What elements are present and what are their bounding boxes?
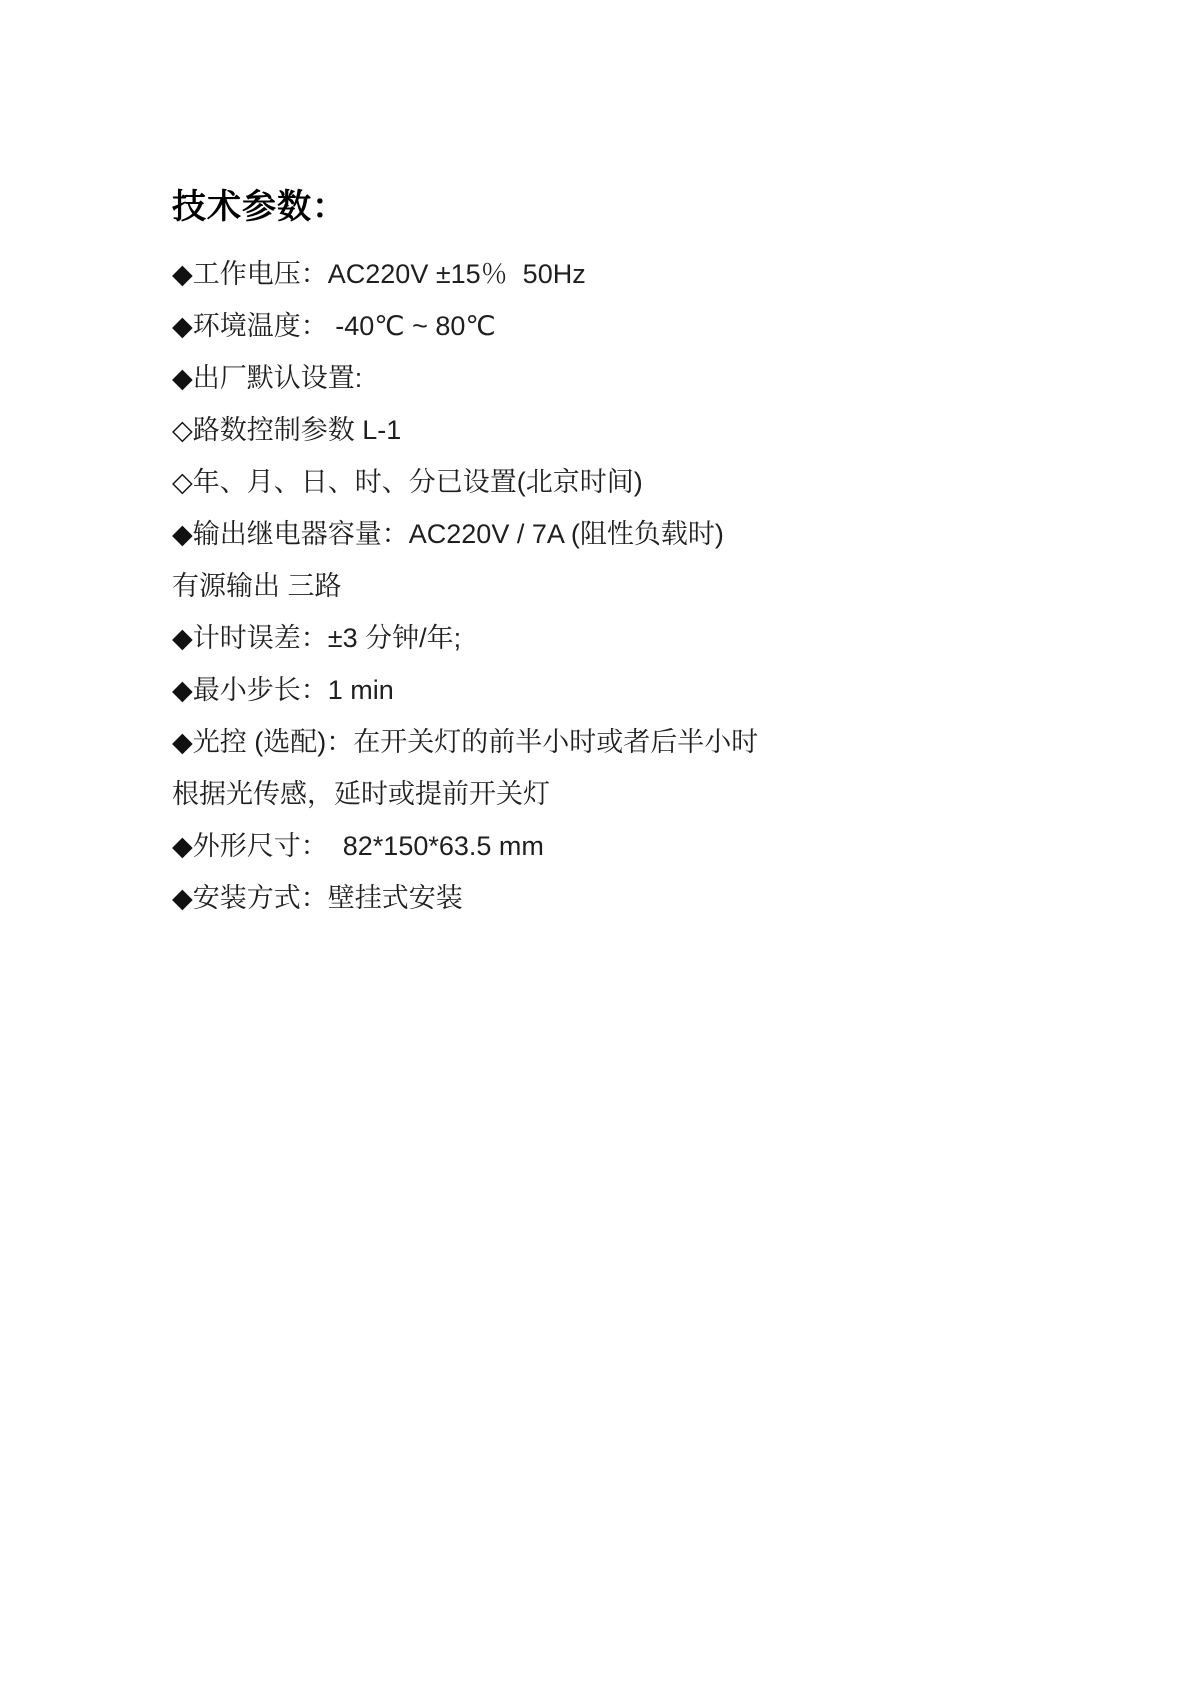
spec-line-text: 路数控制参数 L-1 — [193, 415, 402, 445]
spec-line-text: 环境温度： -40℃ ~ 80℃ — [193, 311, 496, 341]
filled-diamond-bullet-icon: ◆ — [172, 727, 193, 757]
spec-line-voltage: ◆工作电压：AC220V ±15％ 50Hz — [172, 248, 1092, 300]
spec-line-temperature: ◆环境温度： -40℃ ~ 80℃ — [172, 300, 1092, 352]
document-page: 技术参数： ◆工作电压：AC220V ±15％ 50Hz ◆环境温度： -40℃… — [0, 0, 1200, 1696]
document-content: 技术参数： ◆工作电压：AC220V ±15％ 50Hz ◆环境温度： -40℃… — [172, 184, 1092, 924]
spec-line-min-step: ◆最小步长：1 min — [172, 664, 1092, 716]
spec-line-text: 有源输出 三路 — [172, 571, 342, 601]
spec-line-text: 安装方式：壁挂式安装 — [193, 883, 463, 913]
filled-diamond-bullet-icon: ◆ — [172, 259, 193, 289]
spec-line-text: 计时误差：±3 分钟/年; — [193, 623, 461, 653]
spec-line-text: 出厂默认设置: — [193, 363, 363, 393]
spec-line-text: 最小步长：1 min — [193, 675, 394, 705]
filled-diamond-bullet-icon: ◆ — [172, 675, 193, 705]
spec-line-channel-param: ◇路数控制参数 L-1 — [172, 404, 1092, 456]
spec-line-timing-error: ◆计时误差：±3 分钟/年; — [172, 612, 1092, 664]
filled-diamond-bullet-icon: ◆ — [172, 883, 193, 913]
spec-line-light-control-cont: 根据光传感，延时或提前开关灯 — [172, 768, 1092, 820]
spec-line-text: 外形尺寸： 82*150*63.5 mm — [193, 831, 544, 861]
spec-line-dimensions: ◆外形尺寸： 82*150*63.5 mm — [172, 820, 1092, 872]
spec-line-relay-capacity: ◆输出继电器容量：AC220V / 7A (阻性负载时) — [172, 508, 1092, 560]
filled-diamond-bullet-icon: ◆ — [172, 623, 193, 653]
spec-line-text: 年、月、日、时、分已设置(北京时间) — [193, 467, 643, 497]
filled-diamond-bullet-icon: ◆ — [172, 831, 193, 861]
page-title: 技术参数： — [172, 184, 1092, 230]
filled-diamond-bullet-icon: ◆ — [172, 363, 193, 393]
hollow-diamond-bullet-icon: ◇ — [172, 415, 193, 445]
spec-line-active-output: 有源输出 三路 — [172, 560, 1092, 612]
spec-line-factory-defaults: ◆出厂默认设置: — [172, 352, 1092, 404]
filled-diamond-bullet-icon: ◆ — [172, 311, 193, 341]
filled-diamond-bullet-icon: ◆ — [172, 519, 193, 549]
spec-line-text: 工作电压：AC220V ±15％ 50Hz — [193, 259, 586, 289]
spec-line-mounting: ◆安装方式：壁挂式安装 — [172, 872, 1092, 924]
spec-list: ◆工作电压：AC220V ±15％ 50Hz ◆环境温度： -40℃ ~ 80℃… — [172, 248, 1092, 924]
hollow-diamond-bullet-icon: ◇ — [172, 467, 193, 497]
spec-line-text: 输出继电器容量：AC220V / 7A (阻性负载时) — [193, 519, 724, 549]
spec-line-text: 光控 (选配)：在开关灯的前半小时或者后半小时 — [193, 727, 758, 757]
spec-line-light-control: ◆光控 (选配)：在开关灯的前半小时或者后半小时 — [172, 716, 1092, 768]
spec-line-text: 根据光传感，延时或提前开关灯 — [172, 779, 550, 809]
spec-line-datetime-preset: ◇年、月、日、时、分已设置(北京时间) — [172, 456, 1092, 508]
